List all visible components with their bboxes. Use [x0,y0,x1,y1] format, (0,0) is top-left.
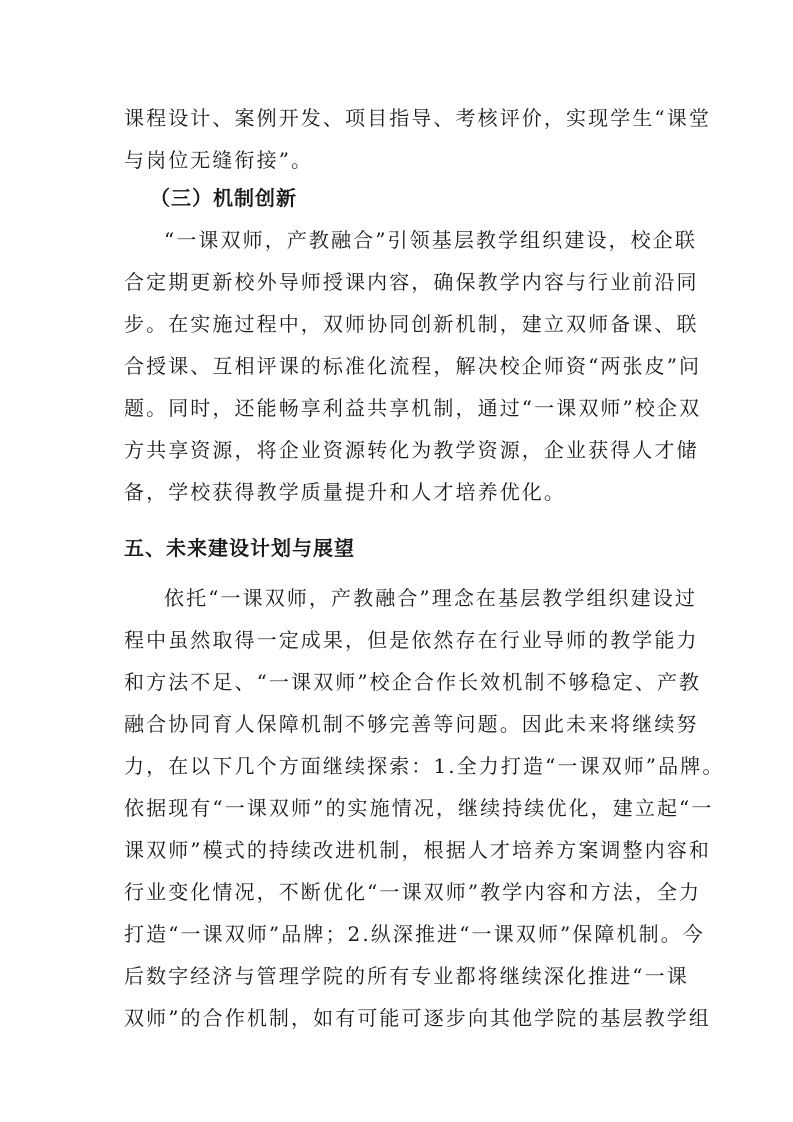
subsection-heading: （三）机制创新 [150,182,297,211]
subsection-paragraph-line-1: “一课双师，产教融合”引领基层教学组织建设，校企联 [164,226,684,254]
section-paragraph-line-1: 依托“一课双师，产教融合”理念在基层教学组织建设过 [164,584,684,612]
subsection-paragraph-line-4: 合授课、互相评课的标准化流程，解决校企师资“两张皮”问 [124,352,684,380]
section-heading: 五、未来建设计划与展望 [124,532,355,561]
section-paragraph-line-11: 双师”的合作机制，如有可能可逐步向其他学院的基层教学组 [124,1004,684,1032]
continuation-line-2: 与岗位无缝衔接”。 [124,146,684,174]
subsection-paragraph-line-2: 合定期更新校外导师授课内容，确保教学内容与行业前沿同 [124,268,684,296]
subsection-paragraph-line-3: 步。在实施过程中，双师协同创新机制，建立双师备课、联 [124,310,684,338]
subsection-paragraph-line-7: 备，学校获得教学质量提升和人才培养优化。 [124,478,684,506]
section-paragraph-line-9: 打造“一课双师”品牌；2.纵深推进“一课双师”保障机制。今 [124,920,684,948]
document-page: 课程设计、案例开发、项目指导、考核评价，实现学生“课堂 与岗位无缝衔接”。 （三… [0,0,793,1122]
subsection-paragraph-line-6: 方共享资源，将企业资源转化为教学资源，企业获得人才储 [124,436,684,464]
section-paragraph-line-7: 课双师”模式的持续改进机制，根据人才培养方案调整内容和 [124,836,684,864]
section-paragraph-line-2: 程中虽然取得一定成果，但是依然存在行业导师的教学能力 [124,626,684,654]
section-paragraph-line-8: 行业变化情况，不断优化“一课双师”教学内容和方法，全力 [124,878,684,906]
continuation-line-1: 课程设计、案例开发、项目指导、考核评价，实现学生“课堂 [124,104,684,132]
section-paragraph-line-5: 力，在以下几个方面继续探索：1.全力打造“一课双师”品牌。 [124,752,684,780]
section-paragraph-line-3: 和方法不足、“一课双师”校企合作长效机制不够稳定、产教 [124,668,684,696]
subsection-paragraph-line-5: 题。同时，还能畅享利益共享机制，通过“一课双师”校企双 [124,394,684,422]
section-paragraph-line-4: 融合协同育人保障机制不够完善等问题。因此未来将继续努 [124,710,684,738]
section-paragraph-line-10: 后数字经济与管理学院的所有专业都将继续深化推进“一课 [124,962,684,990]
section-paragraph-line-6: 依据现有“一课双师”的实施情况，继续持续优化，建立起“一 [124,794,684,822]
